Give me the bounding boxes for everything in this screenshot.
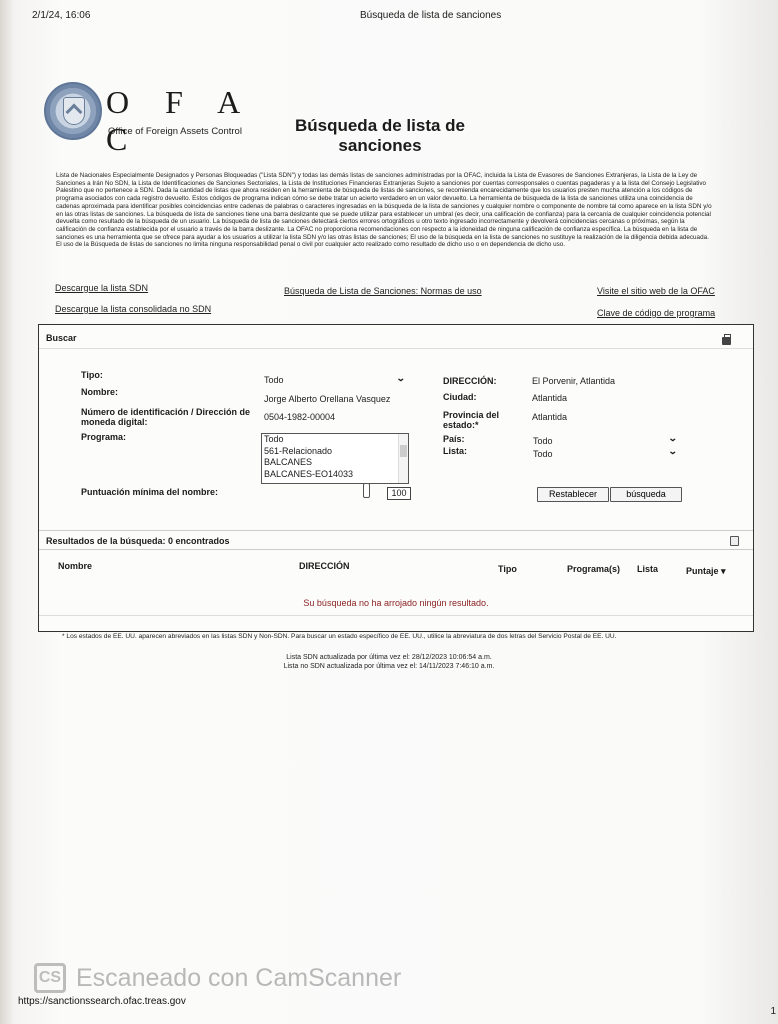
print-doc-title: Búsqueda de lista de sanciones — [360, 10, 501, 21]
ofac-logo: O F A C Office of Foreign Assets Control — [44, 80, 259, 142]
chevron-down-icon: ⌄ — [396, 373, 406, 384]
no-results-message: Su búsqueda no ha arrojado ningún result… — [39, 598, 753, 608]
pais-label: País: — [443, 434, 465, 444]
print-url: https://sanctionssearch.ofac.treas.gov — [18, 996, 186, 1007]
ciudad-input[interactable]: Atlantida — [532, 393, 567, 403]
programa-option[interactable]: BALCANES-EO14033 — [264, 469, 408, 481]
nombre-label: Nombre: — [81, 387, 118, 397]
lista-label: Lista: — [443, 446, 467, 456]
watermark-text: Escaneado con CamScanner — [76, 963, 401, 993]
visit-ofac-link[interactable]: Visite el sitio web de la OFAC — [597, 286, 715, 296]
programa-option[interactable]: BALCANES — [264, 457, 408, 469]
col-nombre[interactable]: Nombre — [58, 561, 92, 571]
lista-value: Todo — [533, 449, 553, 459]
score-value[interactable]: 100 — [387, 487, 411, 500]
results-header: Resultados de la búsqueda: 0 encontrados — [39, 530, 753, 550]
col-programas[interactable]: Programa(s) — [567, 564, 620, 574]
export-icon[interactable] — [730, 536, 739, 546]
print-date: 2/1/24, 16:06 — [32, 10, 90, 21]
col-puntaje[interactable]: Puntaje ▾ — [686, 566, 726, 577]
pais-value: Todo — [533, 436, 553, 446]
update-info: Lista SDN actualizada por última vez el:… — [0, 653, 778, 671]
print-header: 2/1/24, 16:06 Búsqueda de lista de sanci… — [32, 10, 758, 24]
provincia-input[interactable]: Atlantida — [532, 412, 567, 422]
search-panel-header: Buscar — [39, 325, 753, 349]
tipo-label: Tipo: — [81, 370, 103, 380]
search-panel: Buscar Tipo: Todo ⌄ Nombre: Jorge Albert… — [38, 324, 754, 632]
terms-of-use-link[interactable]: Búsqueda de Lista de Sanciones: Normas d… — [284, 286, 482, 296]
ciudad-label: Ciudad: — [443, 392, 477, 402]
id-input[interactable]: 0504-1982-00004 — [264, 412, 335, 422]
logo-subtitle: Office of Foreign Assets Control — [108, 126, 242, 137]
disclaimer-text: Lista de Nacionales Especialmente Design… — [56, 172, 716, 249]
download-sdn-link[interactable]: Descargue la lista SDN — [55, 283, 148, 293]
non-sdn-updated: Lista no SDN actualizada por última vez … — [0, 662, 778, 671]
search-button[interactable]: búsqueda — [610, 487, 682, 502]
col-tipo[interactable]: Tipo — [498, 564, 517, 574]
chevron-down-icon: ⌄ — [668, 446, 678, 457]
sdn-updated: Lista SDN actualizada por última vez el:… — [0, 653, 778, 662]
col-lista[interactable]: Lista — [637, 564, 658, 574]
direccion-input[interactable]: El Porvenir, Atlantida — [532, 376, 615, 386]
logo-letters: O F A C — [106, 84, 259, 158]
page-number: 1 — [770, 1006, 776, 1017]
page-title: Búsqueda de lista de sanciones — [280, 116, 480, 156]
id-label: Número de identificación / Dirección de … — [81, 407, 251, 427]
print-icon[interactable] — [722, 337, 731, 345]
download-non-sdn-link[interactable]: Descargue la lista consolidada no SDN — [55, 304, 211, 314]
score-slider[interactable] — [363, 483, 370, 498]
direccion-label: DIRECCIÓN: — [443, 376, 497, 386]
programa-listbox[interactable]: Todo 561-Relacionado BALCANES BALCANES-E… — [261, 433, 409, 484]
search-panel-title: Buscar — [46, 333, 77, 343]
provincia-label: Provincia del estado:* — [443, 410, 513, 430]
programa-option[interactable]: 561-Relacionado — [264, 446, 408, 458]
programa-scrollbar[interactable] — [398, 434, 408, 483]
camscanner-logo-icon: CS — [34, 963, 66, 993]
program-key-link[interactable]: Clave de código de programa — [597, 308, 715, 318]
nombre-input[interactable]: Jorge Alberto Orellana Vasquez — [264, 394, 390, 404]
reset-button[interactable]: Restablecer — [537, 487, 609, 502]
col-direccion[interactable]: DIRECCIÓN — [299, 561, 350, 571]
results-title: Resultados de la búsqueda: 0 encontrados — [46, 536, 230, 546]
score-label: Puntuación mínima del nombre: — [81, 487, 218, 497]
programa-label: Programa: — [81, 432, 126, 442]
programa-option[interactable]: Todo — [264, 434, 408, 446]
treasury-seal-icon — [44, 82, 102, 140]
results-divider — [39, 615, 753, 616]
tipo-value: Todo — [264, 375, 284, 385]
footnote: * Los estados de EE. UU. aparecen abrevi… — [62, 633, 617, 640]
chevron-down-icon: ⌄ — [668, 433, 678, 444]
